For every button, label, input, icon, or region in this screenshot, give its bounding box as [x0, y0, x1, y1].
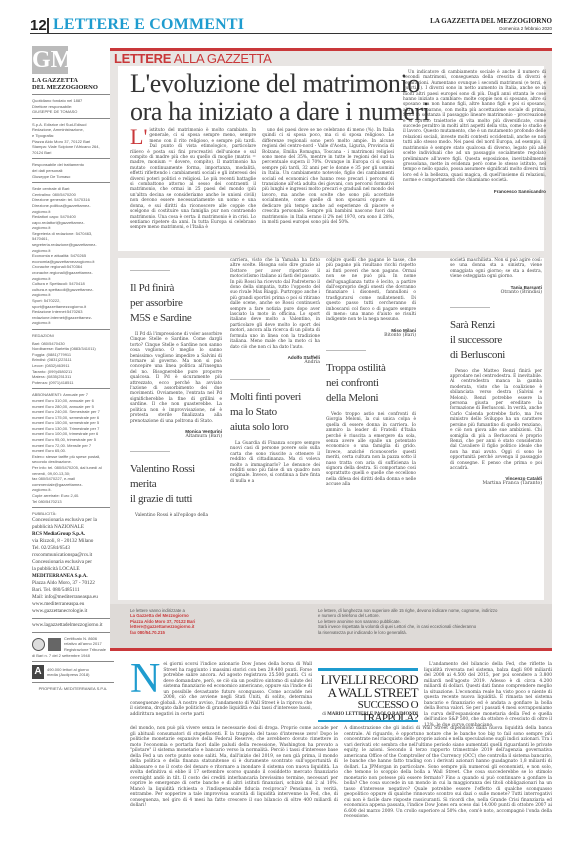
fieg-logo-icon — [48, 638, 61, 651]
page-number-divider — [47, 18, 49, 33]
letter-title-poveri: Molti finti poverima lo Statoaiuta solo … — [230, 390, 320, 435]
article-col-right: A dimostrazione che gli indici di Wall S… — [344, 726, 552, 820]
main-letter-col3: Un indicatore di cambiamento sociale è a… — [403, 70, 546, 194]
letter-poveri-continued: colpire quelli che pagano le tasse, che … — [326, 258, 416, 488]
divider — [32, 94, 114, 95]
letter-meloni-continued: società maschilista. Non si può agire co… — [450, 258, 542, 486]
contacts-list: Sede centrale di Bari:Centralino: 080/54… — [32, 186, 114, 326]
logo-name: LA GAZZETTA DEL MEZZOGIORNO — [32, 77, 114, 91]
paper-name: LA GAZZETTA DEL MEZZOGIORNO — [430, 17, 552, 25]
registration-note: di Bari n. 7 del 2 settembre 1948 — [32, 653, 114, 659]
main-letter-signature: Francesco Sannicandro — [403, 189, 546, 194]
subscriptions-info: ABBONAMENTI: Annuale per 7numeri Euro 31… — [32, 392, 114, 504]
article-byline: di MARIO LETTIERI E PAOLO RAIMONDI — [318, 712, 418, 717]
readership-block: A 490.000 lettori al giornomedia (Audipr… — [32, 665, 114, 679]
gm-logo-icon: GM — [32, 46, 68, 74]
issue-date: Domenica 2 febbraio 2020 — [499, 26, 552, 31]
letter-title-meloni: Troppa ostilitànei confrontidella Meloni — [326, 361, 416, 406]
divider — [32, 388, 114, 389]
website-link[interactable]: www.lagazzettadelmezzogiorno.it — [32, 622, 114, 629]
letters-email-link[interactable]: lettere@gazzettamezzogiorno.it — [130, 624, 195, 629]
article-headline: LIVELLI RECORDA WALL STREETSUCCESSO O TR… — [318, 673, 418, 725]
publisher-info: S.p.A. Edisrice del Sud-EdisudRedazione,… — [32, 122, 114, 156]
divider — [32, 329, 114, 330]
drop-cap-n: N — [130, 662, 160, 696]
letters-info-bottom-rule — [110, 648, 552, 651]
rcs-info: RCS MediaGroup S.p.A.via Rizzoli, 8 - 20… — [32, 531, 114, 573]
letters-section-title: LETTERE ALLA GAZZETTA — [114, 51, 271, 66]
main-letter-col2: uno dei paesi dove se ne celebrano di me… — [262, 128, 394, 225]
divider — [32, 182, 114, 183]
letter-title-renzi: Sarà Renziil successoredi Berlusconi — [450, 318, 542, 363]
letter-rossi-continued: carriera, visto che la Yamaha ha fatto a… — [230, 258, 320, 484]
letter-pd: Il Pd finiràper assorbireM5S e Sardine I… — [130, 270, 222, 518]
letters-rules: Le lettere, di lunghezza non superiore a… — [318, 608, 497, 635]
article-byline-rule — [318, 720, 418, 722]
letter-title-rossi: Valentino Rossimeritail grazie di tutti — [130, 462, 222, 507]
redazioni-list: Bari: 080/5470430Nordbarese: Barletta (0… — [32, 341, 114, 386]
divider — [32, 682, 114, 683]
redazioni-title: REDAZIONI — [32, 333, 114, 339]
main-headline: L'evoluzione del matrimonioora ha inizia… — [130, 70, 429, 126]
masthead-sidebar: GM LA GAZZETTA DEL MEZZOGIORNO Quotidian… — [32, 46, 114, 692]
divider — [32, 507, 114, 508]
page-number: 12 — [30, 17, 47, 34]
drop-cap: L' — [130, 128, 147, 146]
main-letter-col1: L'istituto del matrimonio è molto cambia… — [130, 128, 256, 231]
divider — [32, 118, 114, 119]
divider — [32, 158, 114, 159]
section-title: LETTERE E COMMENTI — [53, 16, 244, 34]
article-col-right-top: L'andamento del bilancio della Fed, che … — [424, 662, 552, 728]
article-col-left: del mondo, non può più vivere senza le n… — [130, 726, 338, 809]
article-top-rule — [318, 668, 418, 671]
mediterranea-info: MEDITERRANEA S.p.A.Piazza Aldo Moro, 37 … — [32, 573, 114, 615]
letters-address: Le lettere vanno indirizzate a La Gazzet… — [130, 608, 195, 635]
director-name: GIUSEPPE DE TOMASO — [32, 109, 114, 115]
audipress-icon: A — [32, 665, 44, 679]
divider — [32, 618, 114, 619]
divider — [32, 632, 114, 633]
letter-title: Il Pd finiràper assorbireM5S e Sardine — [130, 281, 222, 326]
article-lead: Nei giorni scorsi l'indice azionario Dow… — [130, 662, 312, 717]
ownership-note: PROPRIETÀ: MEDITERRANEA S.P.A. — [32, 686, 114, 692]
privacy-info: Responsabile del trattamentodei dati per… — [32, 162, 114, 179]
certification-block: Certificato N. 8606relativo all'anno 201… — [32, 636, 114, 653]
divider — [32, 661, 114, 662]
advertising-national: Concessionaria esclusiva per lapubblicit… — [32, 517, 114, 531]
certification-seal-icon — [32, 638, 45, 651]
